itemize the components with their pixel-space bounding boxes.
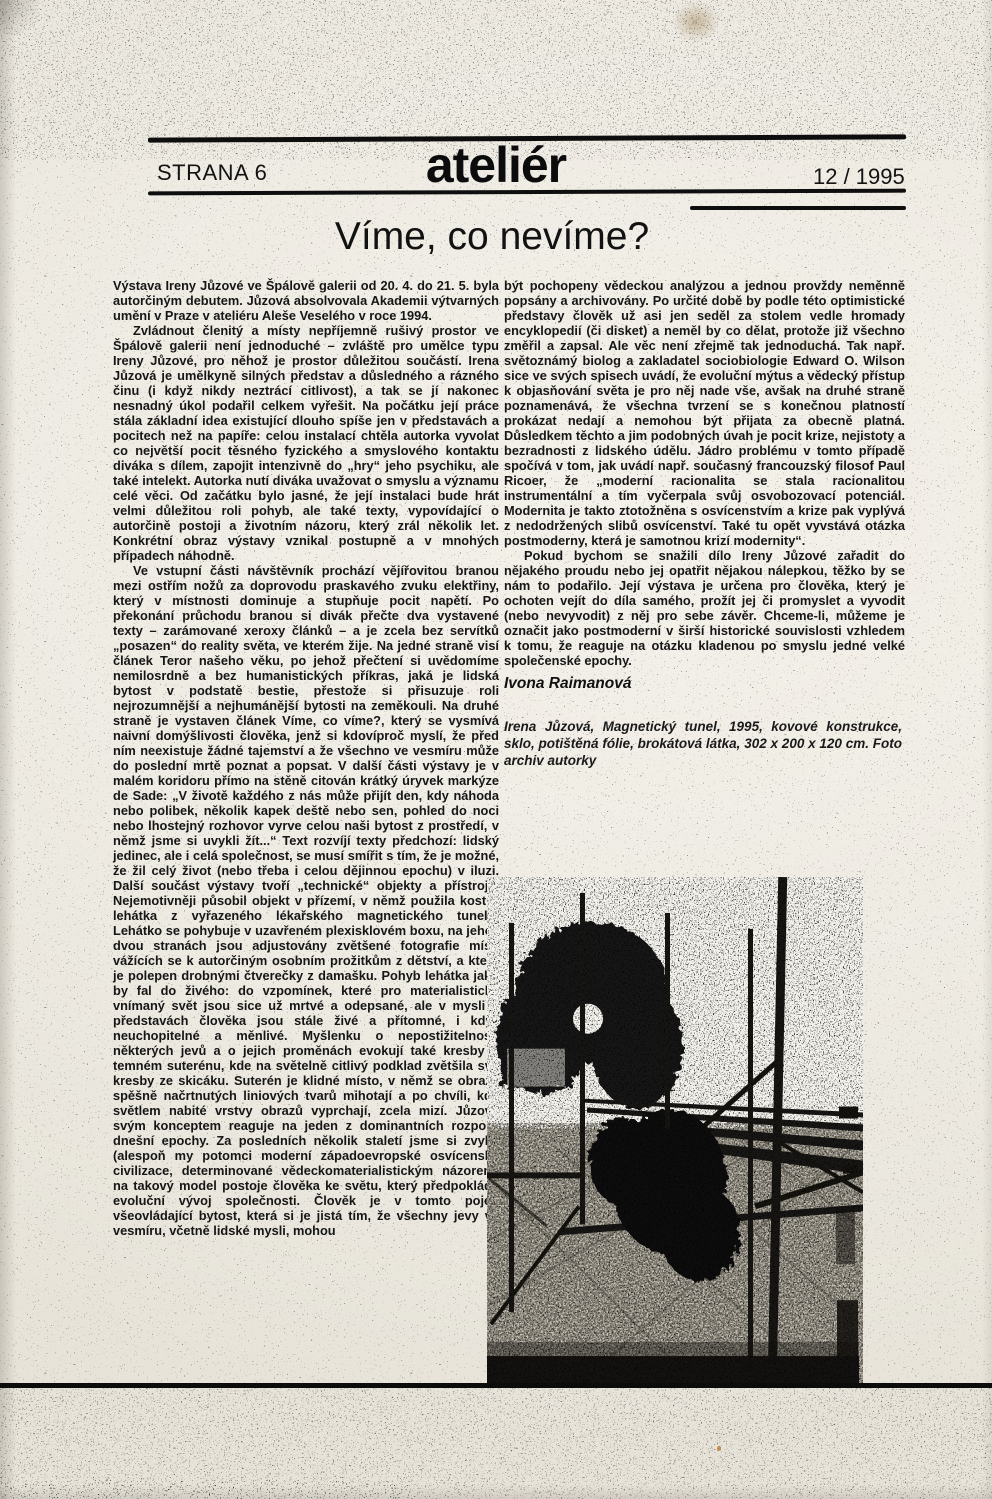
bottom-rule	[0, 1383, 992, 1388]
left-column: Výstava Ireny Jůzové ve Špálově galerii …	[113, 278, 499, 1238]
issue-underline-rule	[690, 206, 906, 210]
artwork-photo	[487, 877, 863, 1385]
paragraph: Zvládnout členitý a místy nepříjemně ruš…	[113, 323, 499, 563]
photo-grain	[487, 877, 863, 1385]
artwork-photo-graphic	[487, 877, 863, 1385]
right-column: být pochopeny vědeckou analýzou a jednou…	[504, 278, 905, 769]
paragraph: Výstava Ireny Jůzové ve Špálově galerii …	[113, 278, 499, 323]
photo-caption: Irena Jůzová, Magnetický tunel, 1995, ko…	[504, 718, 902, 769]
article-title: Víme, co nevíme?	[96, 216, 888, 259]
paragraph: Ve vstupní části návštěvník prochází věj…	[113, 563, 499, 1238]
issue-number: 12 / 1995	[813, 164, 905, 190]
author-byline: Ivona Raimanová	[504, 676, 905, 691]
paper-stain	[672, 2, 720, 42]
paragraph: být pochopeny vědeckou analýzou a jednou…	[504, 278, 905, 548]
newspaper-page: STRANA 6 ateliér 12 / 1995 Víme, co neví…	[0, 0, 992, 1499]
paragraph: Pokud bychom se snažili dílo Ireny Jůzov…	[504, 548, 905, 668]
paper-speck	[717, 1446, 721, 1451]
